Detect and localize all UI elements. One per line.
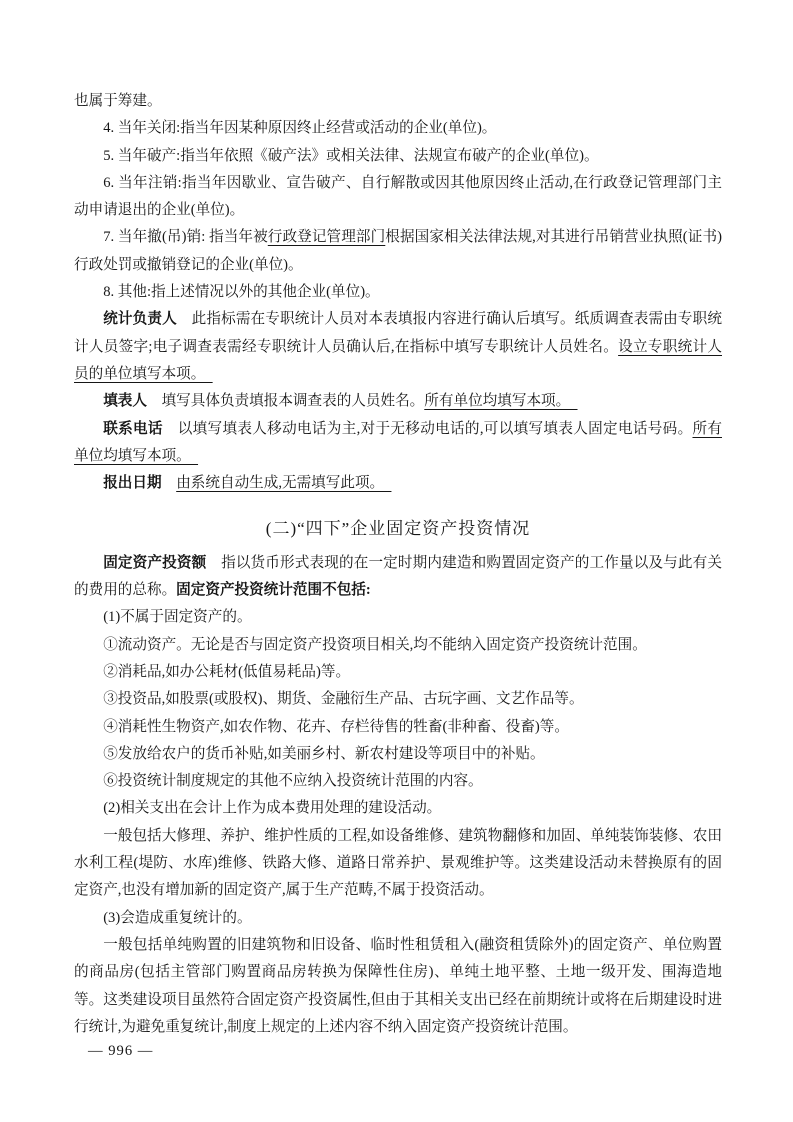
paragraph: 6. 当年注销:指当年因歇业、宣告破产、自行解散或因其他原因终止活动,在行政登记… [74, 170, 722, 225]
paragraph: 4. 当年关闭:指当年因某种原因终止经营或活动的企业(单位)。 [74, 115, 722, 142]
text-run: (1)不属于固定资产的。 [103, 609, 251, 625]
underlined-text-run: 由系统自动生成,无需填写此项。 [176, 475, 391, 491]
paragraph: ①流动资产。无论是否与固定资产投资项目相关,均不能纳入固定资产投资统计范围。 [74, 632, 722, 659]
paragraph: ④消耗性生物资产,如农作物、花卉、存栏待售的牲畜(非种畜、役畜)等。 [74, 714, 722, 741]
paragraph: (2)相关支出在会计上作为成本费用处理的建设活动。 [74, 795, 722, 822]
document-page: 也属于筹建。4. 当年关闭:指当年因某种原因终止经营或活动的企业(单位)。5. … [0, 0, 793, 1122]
paragraph: ②消耗品,如办公耗材(低值易耗品)等。 [74, 659, 722, 686]
text-run: 6. 当年注销:指当年因歇业、宣告破产、自行解散或因其他原因终止活动,在行政登记… [74, 175, 722, 218]
paragraph: 填表人 填写具体负责填报本调查表的人员姓名。所有单位均填写本项。 [74, 388, 722, 415]
text-run: (2)相关支出在会计上作为成本费用处理的建设活动。 [103, 800, 441, 816]
text-run: (二)“四下”企业固定资产投资情况 [266, 519, 530, 538]
text-run: 7. 当年撤(吊)销: 指当年被 [103, 229, 268, 245]
paragraph: 7. 当年撤(吊)销: 指当年被行政登记管理部门根据国家相关法律法规,对其进行吊… [74, 224, 722, 279]
bold-term: 报出日期 [103, 475, 161, 491]
paragraph: 5. 当年破产:指当年依照《破产法》或相关法律、法规宣布破产的企业(单位)。 [74, 143, 722, 170]
paragraph: (3)会造成重复统计的。 [74, 905, 722, 932]
section-heading: (二)“四下”企业固定资产投资情况 [74, 515, 722, 542]
paragraph: 统计负责人 此指标需在专职统计人员对本表填报内容进行确认后填写。纸质调查表需由专… [74, 306, 722, 388]
text-run: ④消耗性生物资产,如农作物、花卉、存栏待售的牲畜(非种畜、役畜)等。 [103, 719, 569, 735]
text-run: ②消耗品,如办公耗材(低值易耗品)等。 [103, 664, 350, 680]
text-run: ⑤发放给农户的货币补贴,如美丽乡村、新农村建设等项目中的补贴。 [103, 746, 544, 762]
underlined-text-run: 行政登记管理部门 [268, 229, 386, 245]
paragraph: 也属于筹建。 [74, 88, 722, 115]
text-run: (3)会造成重复统计的。 [103, 910, 251, 926]
bold-term: 固定资产投资额 [103, 555, 206, 571]
text-run: 也属于筹建。 [74, 93, 162, 109]
text-run: 填写具体负责填报本调查表的人员姓名。 [147, 393, 424, 409]
bold-term: 统计负责人 [103, 311, 177, 327]
paragraph: 8. 其他:指上述情况以外的其他企业(单位)。 [74, 279, 722, 306]
paragraph: ⑤发放给农户的货币补贴,如美丽乡村、新农村建设等项目中的补贴。 [74, 741, 722, 768]
page-number: — 996 — [88, 1043, 153, 1059]
text-run [162, 475, 177, 491]
text-run: 一般包括单纯购置的旧建筑物和旧设备、临时性租赁租入(融资租赁除外)的固定资产、单… [74, 937, 722, 1035]
paragraph: 联系电话 以填写填表人移动电话为主,对于无移动电话的,可以填写填表人固定电话号码… [74, 416, 722, 471]
document-body: 也属于筹建。4. 当年关闭:指当年因某种原因终止经营或活动的企业(单位)。5. … [74, 88, 722, 1041]
paragraph: 固定资产投资额 指以货币形式表现的在一定时期内建造和购置固定资产的工作量以及与此… [74, 550, 722, 605]
paragraph: (1)不属于固定资产的。 [74, 604, 722, 631]
paragraph: 一般包括大修理、养护、维护性质的工程,如设备维修、建筑物翻修和加固、单纯装饰装修… [74, 823, 722, 905]
paragraph: ⑥投资统计制度规定的其他不应纳入投资统计范围的内容。 [74, 768, 722, 795]
text-run: ①流动资产。无论是否与固定资产投资项目相关,均不能纳入固定资产投资统计范围。 [103, 637, 647, 653]
text-run: 8. 其他:指上述情况以外的其他企业(单位)。 [103, 284, 379, 300]
paragraph: ③投资品,如股票(或股权)、期货、金融衍生产品、古玩字画、文艺作品等。 [74, 686, 722, 713]
paragraph: 一般包括单纯购置的旧建筑物和旧设备、临时性租赁租入(融资租赁除外)的固定资产、单… [74, 932, 722, 1041]
text-run: 一般包括大修理、养护、维护性质的工程,如设备维修、建筑物翻修和加固、单纯装饰装修… [74, 828, 722, 899]
text-run: 5. 当年破产:指当年依照《破产法》或相关法律、法规宣布破产的企业(单位)。 [103, 148, 598, 164]
bold-term: 填表人 [103, 393, 147, 409]
underlined-text-run: 所有单位均填写本项。 [424, 393, 577, 409]
bold-term: 联系电话 [103, 421, 163, 437]
text-run: 4. 当年关闭:指当年因某种原因终止经营或活动的企业(单位)。 [103, 120, 496, 136]
bold-term: 固定资产投资统计范围不包括: [176, 582, 371, 598]
text-run: 以填写填表人移动电话为主,对于无移动电话的,可以填写填表人固定电话号码。 [163, 421, 693, 437]
page-footer: — 996 — [88, 1038, 153, 1065]
text-run: ③投资品,如股票(或股权)、期货、金融衍生产品、古玩字画、文艺作品等。 [103, 691, 583, 707]
text-run: ⑥投资统计制度规定的其他不应纳入投资统计范围的内容。 [103, 773, 482, 789]
paragraph: 报出日期 由系统自动生成,无需填写此项。 [74, 470, 722, 497]
